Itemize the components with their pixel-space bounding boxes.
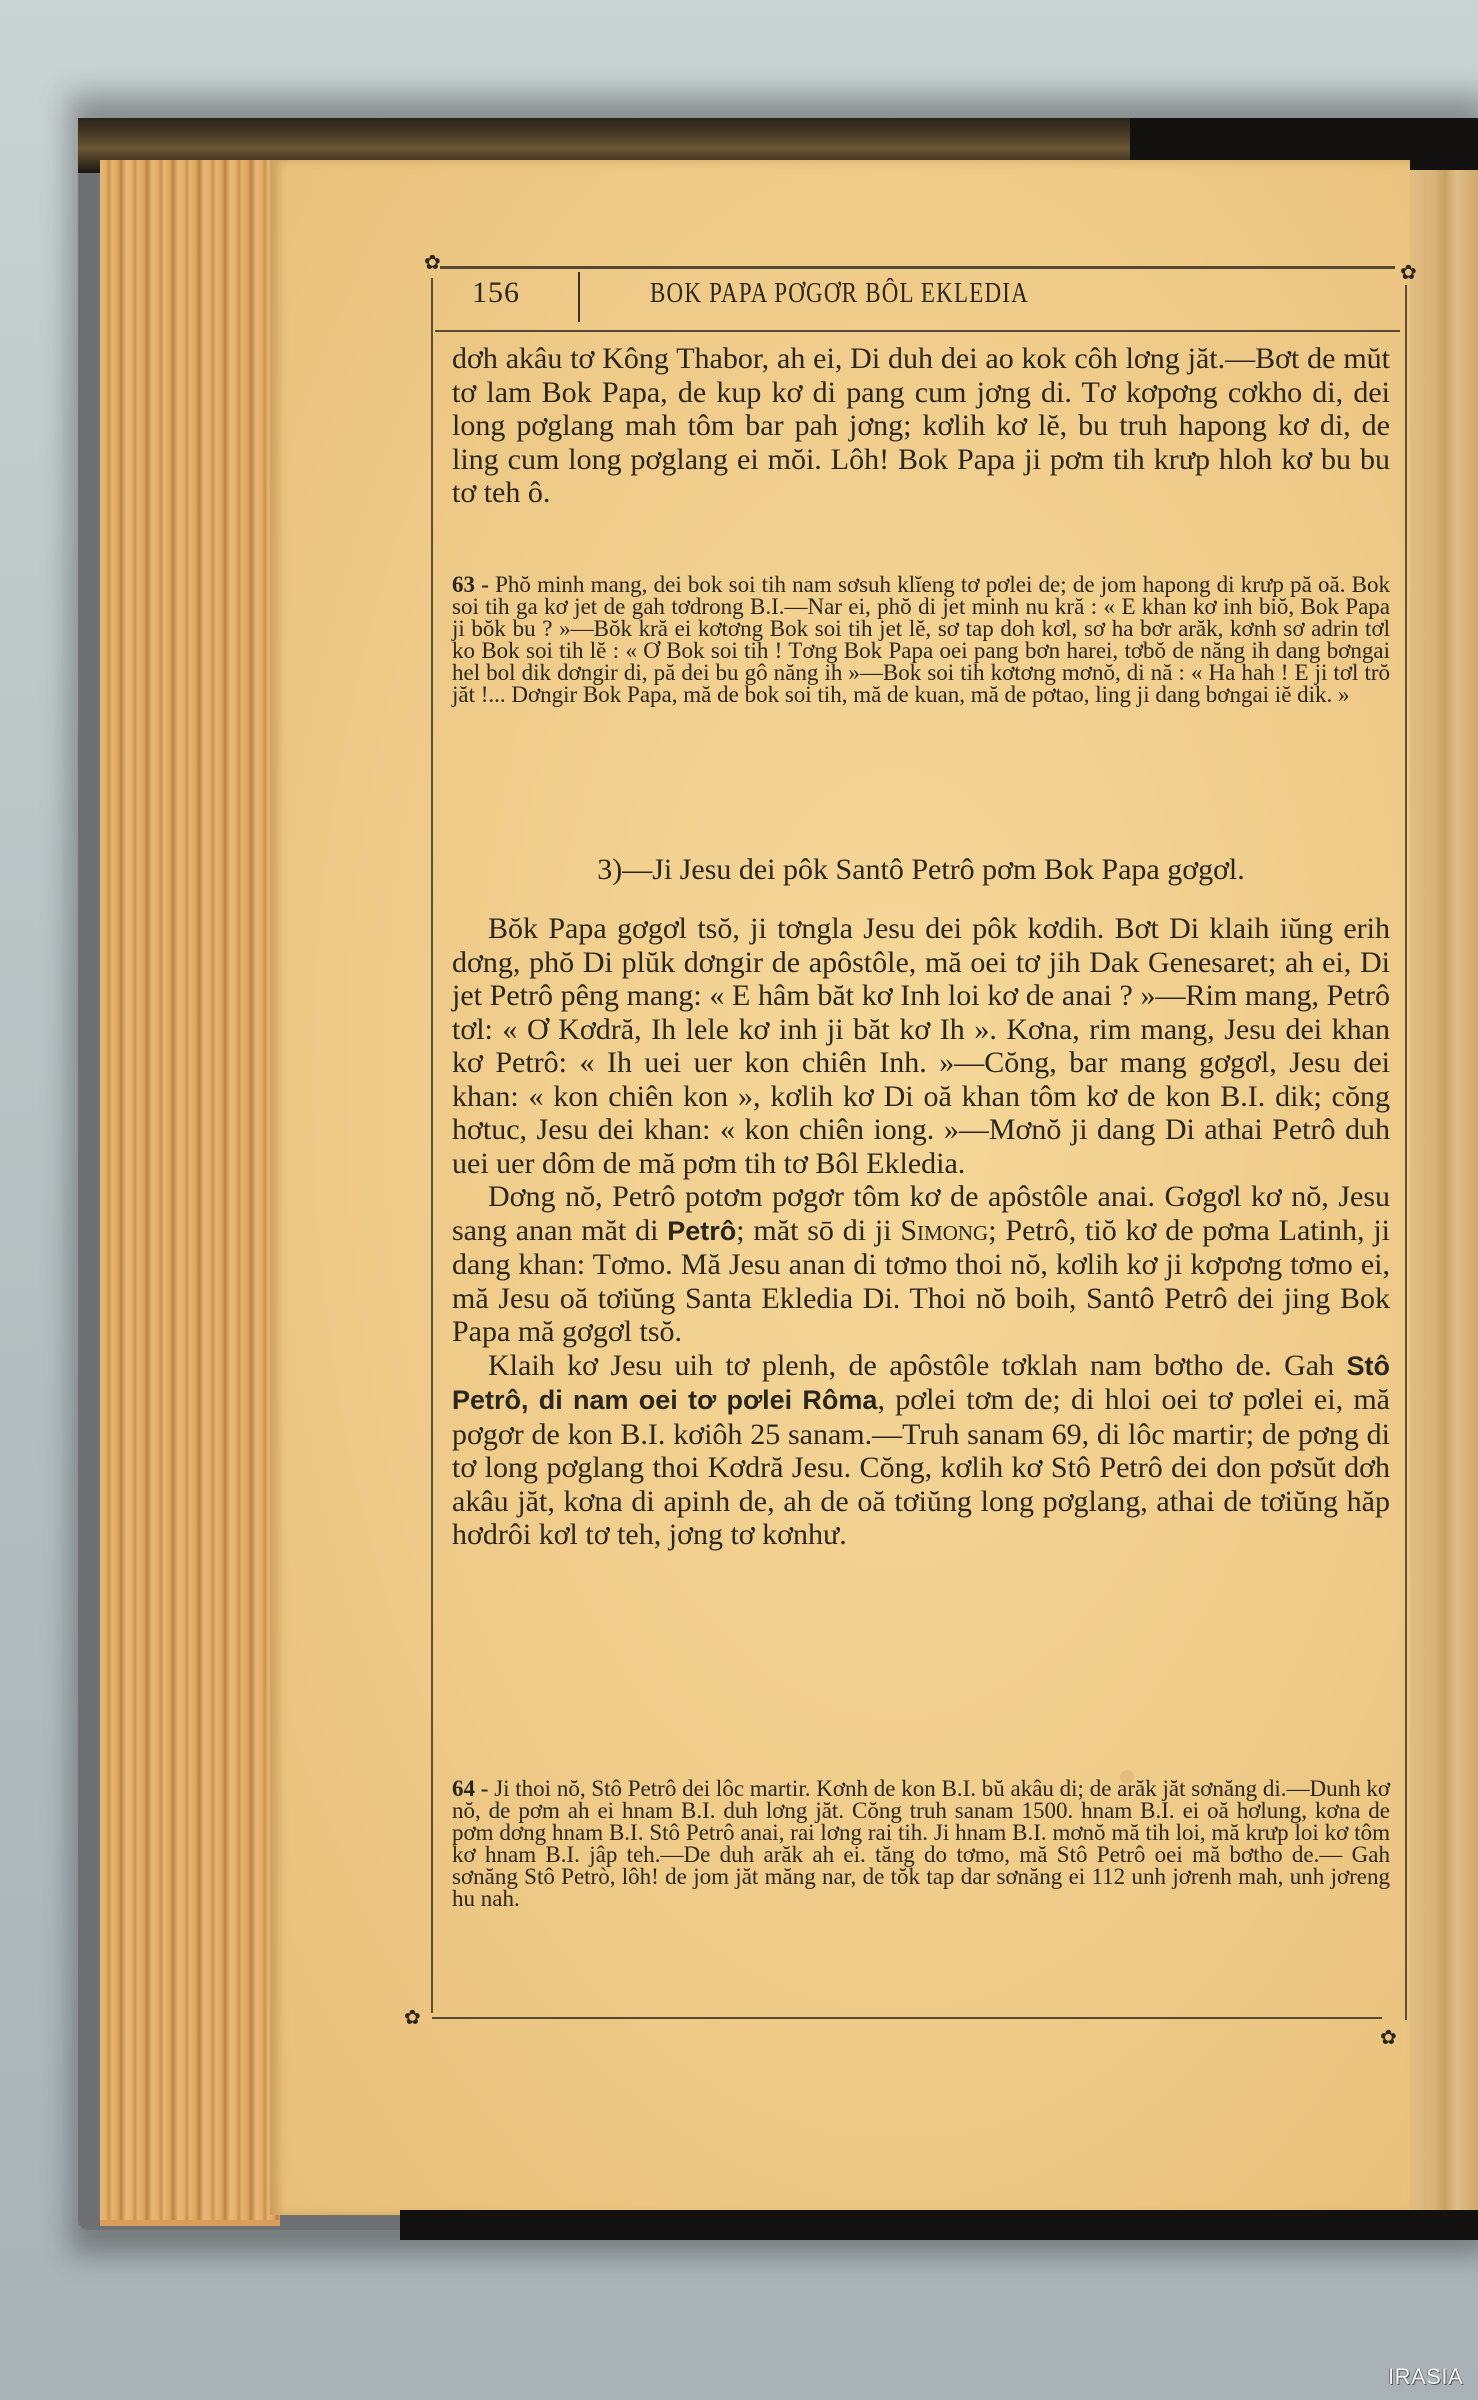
top-frame-rule (440, 266, 1395, 269)
header-rule (435, 330, 1400, 332)
bottom-frame-rule (432, 2017, 1382, 2019)
section-body: Bŏk Papa gơgơl tsŏ, ji tơngla Jesu dei p… (452, 912, 1390, 1552)
watermark-label: IRASIA (1388, 2364, 1463, 2390)
paragraph-continuation: dơh akâu tơ Kông Thabor, ah ei, Di duh d… (452, 342, 1390, 510)
page-right-edge (1405, 170, 1478, 2215)
section-heading: 3)—Ji Jesu dei pôk Santô Petrô pơm Bok P… (452, 853, 1390, 887)
note-63-body: Phŏ minh mang, dei bok soi tih nam sơsuh… (452, 572, 1390, 707)
paragraph-4-text-a: Klaih kơ Jesu uih tơ plenh, de apôstôle … (488, 1349, 1347, 1382)
note-64-body: Ji thoi nŏ, Stô Petrô dei lôc martir. Kơ… (452, 1776, 1390, 1911)
page-number: 156 (472, 276, 520, 310)
right-frame-rule (1405, 285, 1407, 2020)
paragraph-4: Klaih kơ Jesu uih tơ plenh, de apôstôle … (452, 1349, 1390, 1552)
left-frame-rule (431, 278, 433, 2013)
header-separator (578, 272, 580, 322)
note-63: 63 - Phŏ minh mang, dei bok soi tih nam … (452, 574, 1390, 706)
flower-ornament-icon: ✿ (1380, 2027, 1400, 2047)
running-title: BOK PAPA PƠGƠR BÔL EKLEDIA (650, 278, 1029, 310)
flower-ornament-icon: ✿ (404, 2007, 424, 2027)
note-64: 64 - Ji thoi nŏ, Stô Petrô dei lôc marti… (452, 1778, 1390, 1910)
flower-ornament-icon: ✿ (424, 252, 444, 272)
running-header: 156 BOK PAPA PƠGƠR BÔL EKLEDIA (450, 272, 1410, 320)
paragraph-3-bold-name: Petrô (667, 1216, 736, 1246)
paragraph-3: Dơng nŏ, Petrô potơm pơgơr tôm kơ de apô… (452, 1180, 1390, 1349)
paragraph-3-text-b: ; măt sō di ji (736, 1214, 900, 1247)
page-stack-edges (100, 160, 280, 2226)
paragraph-2: Bŏk Papa gơgơl tsŏ, ji tơngla Jesu dei p… (452, 912, 1390, 1180)
book-cover-bottom-edge (400, 2210, 1478, 2240)
paragraph-3-smallcaps-name: Simong (900, 1214, 988, 1247)
paragraph-1: dơh akâu tơ Kông Thabor, ah ei, Di duh d… (452, 342, 1390, 510)
note-64-text: 64 - Ji thoi nŏ, Stô Petrô dei lôc marti… (452, 1778, 1390, 1910)
note-63-text: 63 - Phŏ minh mang, dei bok soi tih nam … (452, 574, 1390, 706)
